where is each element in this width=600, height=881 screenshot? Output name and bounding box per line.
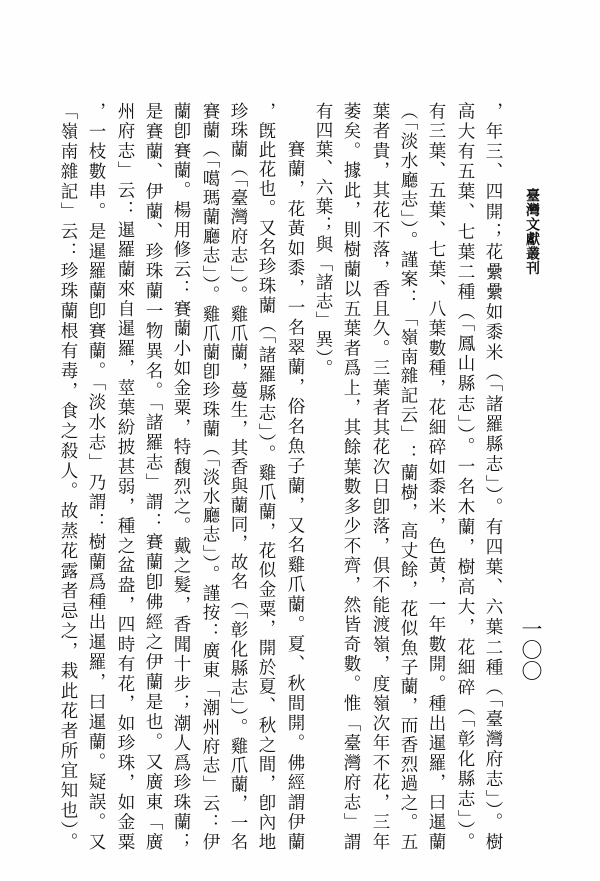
text-column-paragraph-start: 賽蘭，花黃如黍，一名翠蘭，俗名魚子蘭，又名雞爪蘭。夏、秋間開。佛經謂伊蘭 (281, 140, 309, 850)
text-column-paragraph-end: 有四葉、六葉；與「諸志」異）。 (309, 102, 337, 850)
series-title: 臺灣文獻叢刊 (523, 188, 541, 280)
text-column: （「淡水廳志」）。謹案：「嶺南雜記云」：蘭樹，高丈餘，花似魚子蘭，而香烈過之。五 (394, 102, 422, 850)
scanned-page: 臺灣文獻叢刊 一〇〇 ，年三、四開；花纍纍如黍米（「諸羅縣志」）。有四葉、六葉二… (0, 0, 600, 881)
text-column: 有三葉、五葉、七葉、八葉數種，花細碎如黍米，色黃，一年數開。種出暹羅，曰暹蘭 (422, 102, 450, 850)
page-number: 一〇〇 (518, 618, 544, 694)
text-column: 蘭卽賽蘭。楊用修云：賽蘭小如金粟，特馥烈之。戴之髮，香聞十步；潮人爲珍珠蘭； (167, 102, 195, 850)
text-column: 珍珠蘭（「臺灣府志」）。雞爪蘭，蔓生，其香與蘭同，故名（「彰化縣志」）。雞爪蘭，… (224, 102, 252, 850)
text-column: ，旣此花也。又名珍珠蘭（「諸羅縣志」）。雞爪蘭，花似金粟，開於夏、秋之間，卽內地 (252, 102, 280, 850)
text-column: 州府志」云：暹羅蘭來自暹羅，莖葉紛披甚弱，種之盆盎，四時有花，如珍珠，如金粟 (111, 102, 139, 850)
text-column: 是賽蘭、伊蘭、珍珠蘭一物異名。「諸羅志」謂：賽蘭卽佛經之伊蘭是也。又廣東「廣 (139, 102, 167, 850)
text-column: 賽蘭（「噶瑪蘭廳志」）。雞爪蘭卽珍珠蘭（「淡水廳志」）。謹按：廣東「潮州府志」云… (196, 102, 224, 850)
text-column: 萎矣。據此，則樹蘭以五葉者爲上，其餘葉數多少不齊，然皆奇數。惟「臺灣府志」謂 (337, 102, 365, 850)
text-column: ，年三、四開；花纍纍如黍米（「諸羅縣志」）。有四葉、六葉二種（「臺灣府志」）。樹 (479, 102, 507, 850)
text-column: 高大有五葉、七葉二種（「鳳山縣志」）。一名木蘭，樹高大，花細碎（「彰化縣志」）。 (451, 102, 479, 850)
text-column: 葉者貴，其花不落，香且久。三葉者其花次日卽落，俱不能渡嶺，度嶺次年不花，三年 (366, 102, 394, 850)
text-column: 「嶺南雜記」云：珍珠蘭根有毒，食之殺人。故蒸花露者忌之，栽此花者所宜知也）。 (54, 102, 82, 850)
text-column: ，一枝數串。是暹羅蘭卽賽蘭。「淡水志」乃謂：樹蘭爲種出暹羅，曰暹蘭。疑誤。又 (82, 102, 110, 850)
